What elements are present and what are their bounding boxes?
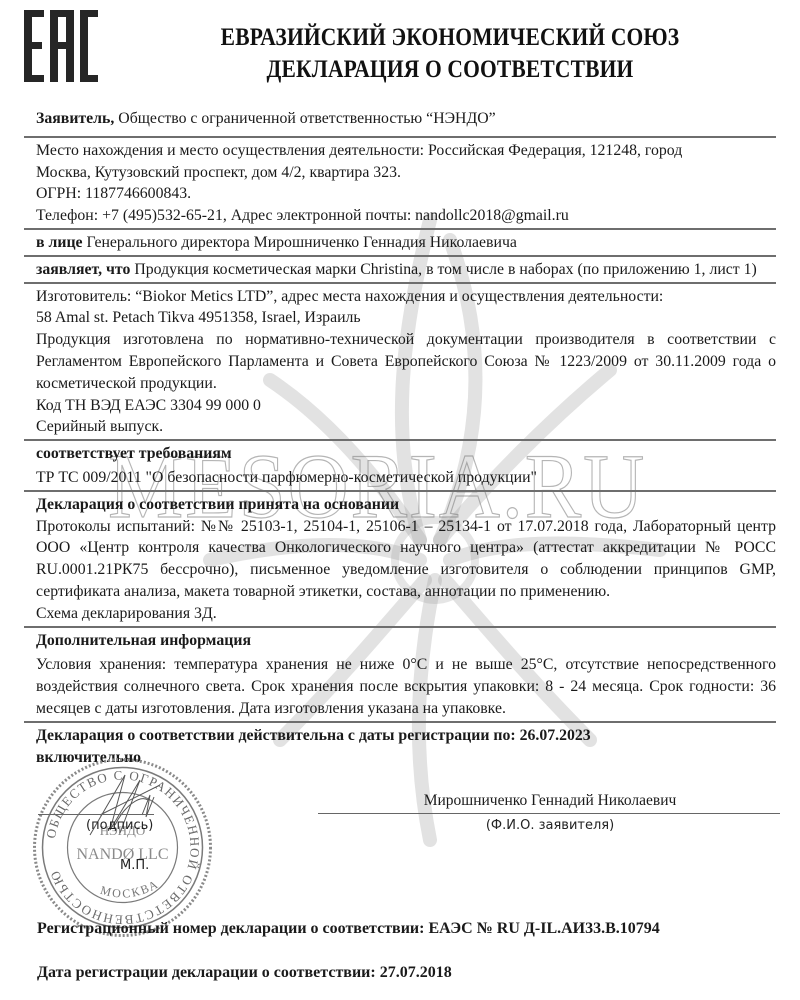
declaration-scheme: Схема декларирования 3Д. <box>24 603 776 625</box>
registration-number: Регистрационный номер декларации о соотв… <box>37 920 660 938</box>
applicant-label: Заявитель, <box>36 110 114 127</box>
applicant-value: Общество с ограниченной ответственностью… <box>114 110 495 127</box>
divider <box>24 136 776 138</box>
requirements-label: соответствует требованиям <box>24 443 776 465</box>
representative-label: в лице <box>36 234 83 251</box>
divider <box>24 490 776 492</box>
eac-conformity-mark-icon <box>24 10 98 82</box>
name-caption: (Ф.И.О. заявителя) <box>320 818 780 833</box>
additional-label: Дополнительная информация <box>24 630 776 652</box>
basis-label: Декларация о соответствии принята на осн… <box>24 494 776 516</box>
divider <box>24 439 776 441</box>
applicant-row: Заявитель, Общество с ограниченной ответ… <box>24 106 776 130</box>
divider <box>24 282 776 284</box>
product-documentation: Продукция изготовлена по нормативно-техн… <box>24 329 776 394</box>
declares-label: заявляет, что <box>36 261 130 278</box>
name-line <box>318 813 780 814</box>
validity-line-1: Декларация о соответствии действительна … <box>24 725 776 747</box>
document-title: ДЕКЛАРАЦИЯ О СООТВЕТСТВИИ <box>149 54 751 86</box>
manufacturer-block: Изготовитель: “Biokor Metics LTD”, адрес… <box>24 286 776 330</box>
address-line-2: Москва, Кутузовский проспект, дом 4/2, к… <box>36 162 776 184</box>
additional-value: Условия хранения: температура хранения н… <box>24 654 776 719</box>
divider <box>24 255 776 257</box>
ogrn: ОГРН: 1187746600843. <box>36 183 776 205</box>
representative-row: в лице Генерального директора Мирошничен… <box>24 232 776 254</box>
address-block: Место нахождения и место осуществления д… <box>24 140 776 227</box>
signer-name: Мирошниченко Геннадий Николаевич <box>320 792 780 810</box>
address-line-1: Место нахождения и место осуществления д… <box>36 140 776 162</box>
basis-protocols: Протоколы испытаний: №№ 25103-1, 25104-1… <box>24 516 776 603</box>
declaration-body: Заявитель, Общество с ограниченной ответ… <box>24 106 776 768</box>
declares-row: заявляет, что Продукция косметическая ма… <box>24 259 776 281</box>
divider <box>24 626 776 628</box>
contacts: Телефон: +7 (495)532-65-21, Адрес электр… <box>36 205 776 227</box>
divider <box>24 721 776 723</box>
company-seal-icon: ОБЩЕСТВО С ОГРАНИЧЕННОЙ ОТВЕТСТВЕННОСТЬЮ… <box>30 755 215 940</box>
signature-caption: (подпись) <box>86 818 153 833</box>
signature-line <box>38 814 154 815</box>
document-header: ЕВРАЗИЙСКИЙ ЭКОНОМИЧЕСКИЙ СОЮЗ ДЕКЛАРАЦИ… <box>100 22 800 86</box>
requirements-value: ТР ТС 009/2011 "О безопасности парфюмерн… <box>24 467 776 489</box>
declares-value: Продукция косметическая марки Christina,… <box>130 261 756 278</box>
registration-date: Дата регистрации декларации о соответств… <box>37 964 452 982</box>
manufacturer-line-2: 58 Amal st. Petach Tikva 4951358, Israel… <box>36 307 776 329</box>
representative-value: Генерального директора Мирошниченко Генн… <box>83 234 517 251</box>
manufacturer-line-1: Изготовитель: “Biokor Metics LTD”, адрес… <box>36 286 776 308</box>
svg-text:МОСКВА: МОСКВА <box>99 876 162 900</box>
divider <box>24 228 776 230</box>
seal-caption: М.П. <box>120 858 149 873</box>
release-type: Серийный выпуск. <box>24 416 776 438</box>
hs-code: Код ТН ВЭД ЕАЭС 3304 99 000 0 <box>24 395 776 417</box>
union-title: ЕВРАЗИЙСКИЙ ЭКОНОМИЧЕСКИЙ СОЮЗ <box>149 22 751 54</box>
